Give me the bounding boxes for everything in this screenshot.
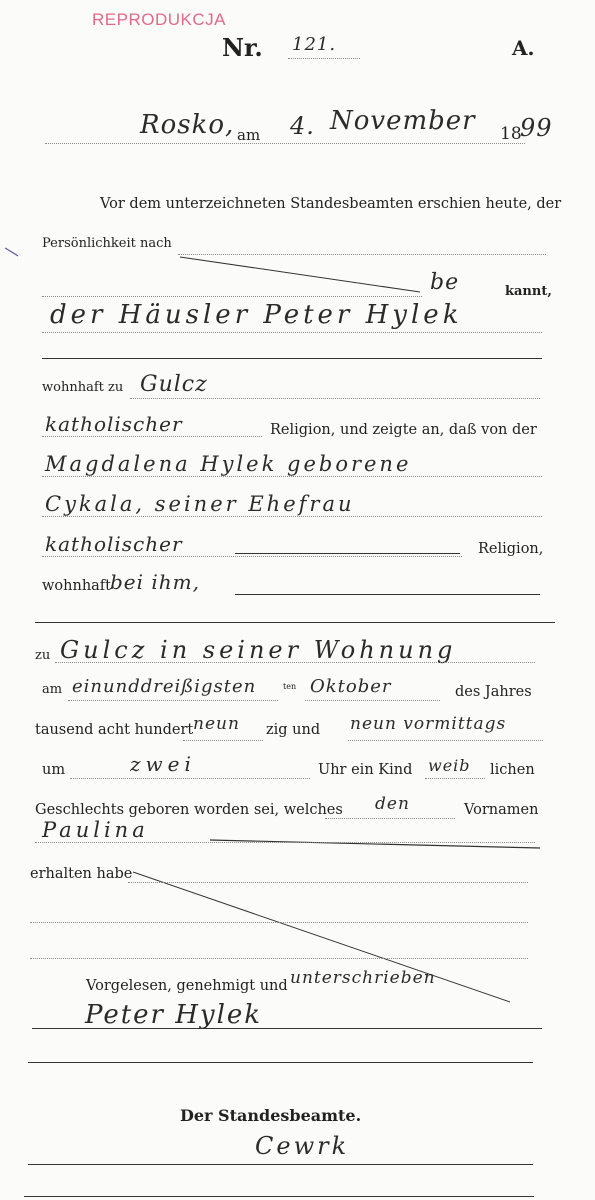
birth-place-value: Gulcz in seiner Wohnung — [60, 636, 456, 664]
residence-label: wohnhaft zu — [42, 380, 123, 395]
year-suffix: 99 — [520, 114, 553, 142]
vornamen-label: Vornamen — [464, 802, 538, 818]
am-label: am — [237, 126, 260, 144]
birth-day-value: einunddreißigsten — [72, 676, 256, 697]
known-suffix: kannt, — [505, 284, 552, 299]
religion1-value: katholischer — [45, 412, 183, 436]
religion2-label: Religion, — [478, 541, 543, 557]
hour-value: zwei — [130, 752, 196, 776]
tausend-label: tausend acht hundert — [35, 722, 193, 738]
declarant-signature: Peter Hylek — [85, 1000, 262, 1030]
mother-residence-value: bei ihm, — [110, 570, 200, 594]
mother-maiden: Cykala, seiner Ehefrau — [45, 492, 355, 516]
nr-label: Nr. — [222, 33, 263, 62]
den-value: den — [375, 794, 410, 814]
des-jahres-label: des Jahres — [455, 684, 532, 700]
intro-line-1: Vor dem unterzeichneten Standesbeamten e… — [100, 196, 561, 212]
mother-name: Magdalena Hylek geborene — [45, 452, 411, 476]
uhr-label: Uhr ein Kind — [318, 762, 412, 778]
ten-suffix: ten — [283, 682, 296, 691]
birth-place-label: zu — [35, 648, 50, 663]
date-month: November — [330, 106, 476, 136]
mother-residence-label: wohnhaft — [42, 578, 111, 594]
form-letter: A. — [512, 36, 534, 60]
known-value: be — [430, 270, 459, 295]
birth-day-label: am — [42, 682, 62, 697]
date-day: 4. — [290, 112, 315, 140]
zig-und-label: zig und — [266, 722, 320, 738]
residence-value: Gulcz — [140, 372, 208, 397]
birth-month-value: Oktober — [310, 676, 392, 697]
closing-text: Vorgelesen, genehmigt und — [86, 978, 288, 994]
birth-year-time-value: neun vormittags — [350, 714, 506, 734]
declarant-name: der Häusler Peter Hylek — [50, 300, 462, 330]
um-label: um — [42, 762, 65, 778]
geschlechts-label: Geschlechts geboren worden sei, welches — [35, 802, 343, 818]
reproduction-stamp: REPRODUKCJA — [92, 10, 226, 30]
religion2-value: katholischer — [45, 532, 183, 556]
child-name: Paulina — [42, 818, 149, 842]
sex-value: weib — [428, 756, 471, 775]
official-title: Der Standesbeamte. — [180, 1106, 361, 1125]
closing-signed-value: unterschrieben — [290, 968, 436, 988]
official-signature: Cewrk — [255, 1132, 349, 1160]
personality-label: Persönlichkeit nach — [42, 236, 172, 251]
decade-value: neun — [193, 714, 240, 734]
erhalten-label: erhalten habe — [30, 866, 132, 882]
place-value: Rosko, — [140, 110, 234, 140]
year-prefix: 18 — [500, 124, 522, 144]
lichen-label: lichen — [490, 762, 535, 778]
record-number: 121. — [292, 34, 336, 55]
religion1-text: Religion, und zeigte an, daß von der — [270, 422, 537, 438]
